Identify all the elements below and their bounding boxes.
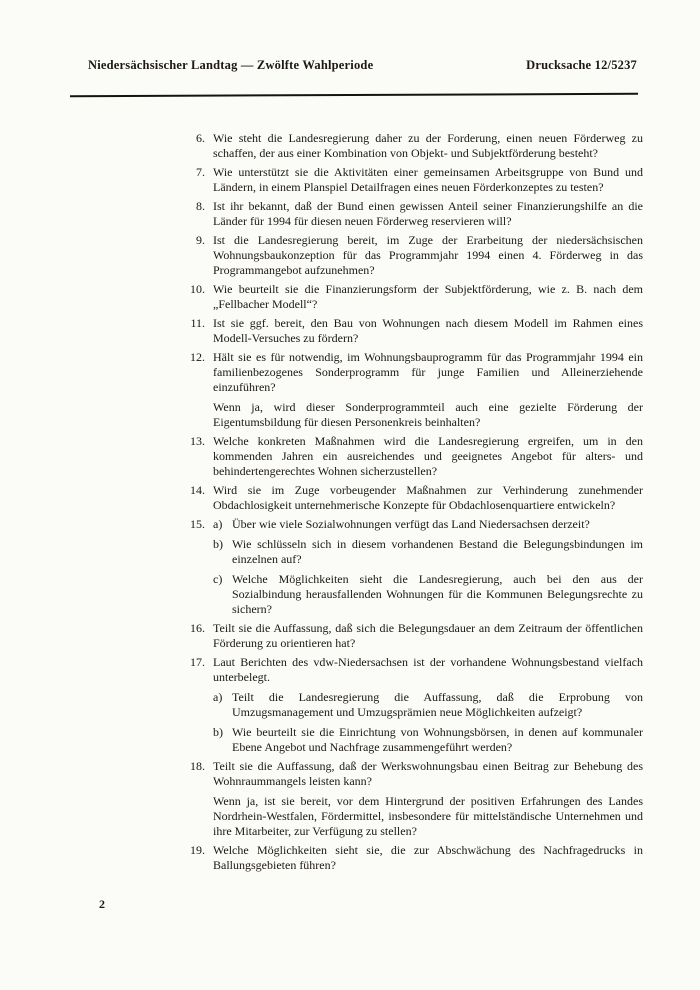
question-subitem: b)Wie beurteilt sie die Einrichtung von … <box>213 725 643 755</box>
question-subitem: a)Teilt die Landesregierung die Auffassu… <box>213 690 643 720</box>
question-subitem: b)Wie schlüsseln sich in diesem vorhande… <box>213 537 643 567</box>
question-paragraph: Welche konkreten Maßnahmen wird die Land… <box>213 434 643 479</box>
question-number: 8. <box>187 199 205 229</box>
question-item: 8.Ist ihr bekannt, daß der Bund einen ge… <box>187 199 643 229</box>
question-body: Ist ihr bekannt, daß der Bund einen gewi… <box>213 199 643 229</box>
question-paragraph: Teilt sie die Auffassung, daß der Werksw… <box>213 759 643 789</box>
question-paragraph: Ist sie ggf. bereit, den Bau von Wohnung… <box>213 316 643 346</box>
header-document-number: Drucksache 12/5237 <box>526 58 637 73</box>
question-body: Wie beurteilt sie die Finanzierungsform … <box>213 282 643 312</box>
question-paragraph: Wenn ja, ist sie bereit, vor dem Hinterg… <box>213 794 643 839</box>
question-body: Wie unterstützt sie die Aktivitäten eine… <box>213 165 643 195</box>
subitem-label: a) <box>213 517 232 532</box>
header-title: Niedersächsischer Landtag — Zwölfte Wahl… <box>88 58 373 73</box>
header-divider <box>70 93 638 97</box>
subitem-label: c) <box>213 572 232 617</box>
question-item: 17.Laut Berichten des vdw-Niedersachsen … <box>187 655 643 755</box>
question-item: 13.Welche konkreten Maßnahmen wird die L… <box>187 434 643 479</box>
question-item: 14.Wird sie im Zuge vorbeugender Maßnahm… <box>187 483 643 513</box>
question-paragraph: Laut Berichten des vdw-Niedersachsen ist… <box>213 655 643 685</box>
question-number: 9. <box>187 233 205 278</box>
subitem-text: Wie schlüsseln sich in diesem vorhandene… <box>232 537 643 567</box>
question-number: 14. <box>187 483 205 513</box>
question-number: 6. <box>187 131 205 161</box>
question-body: Hält sie es für notwendig, im Wohnungsba… <box>213 350 643 430</box>
question-paragraph: Wird sie im Zuge vorbeugender Maßnahmen … <box>213 483 643 513</box>
subitem-text: Welche Möglichkeiten sieht die Landesreg… <box>232 572 643 617</box>
question-paragraph: Wie beurteilt sie die Finanzierungsform … <box>213 282 643 312</box>
question-item: 11.Ist sie ggf. bereit, den Bau von Wohn… <box>187 316 643 346</box>
question-subitem: a)Über wie viele Sozialwohnungen verfügt… <box>213 517 643 532</box>
question-item: 16.Teilt sie die Auffassung, daß sich di… <box>187 621 643 651</box>
document-page: Niedersächsischer Landtag — Zwölfte Wahl… <box>0 0 700 990</box>
question-body: Ist die Landesregierung bereit, im Zuge … <box>213 233 643 278</box>
question-paragraph: Welche Möglichkeiten sieht sie, die zur … <box>213 843 643 873</box>
subitem-text: Teilt die Landesregierung die Auffassung… <box>232 690 643 720</box>
question-item: 7.Wie unterstützt sie die Aktivitäten ei… <box>187 165 643 195</box>
question-paragraph: Teilt sie die Auffassung, daß sich die B… <box>213 621 643 651</box>
question-number: 19. <box>187 843 205 873</box>
question-paragraph: Ist die Landesregierung bereit, im Zuge … <box>213 233 643 278</box>
question-body: Teilt sie die Auffassung, daß der Werksw… <box>213 759 643 839</box>
subitem-text: Über wie viele Sozialwohnungen verfügt d… <box>232 517 643 532</box>
question-item: 18.Teilt sie die Auffassung, daß der Wer… <box>187 759 643 839</box>
page-header: Niedersächsischer Landtag — Zwölfte Wahl… <box>88 58 637 73</box>
subitem-label: b) <box>213 537 232 567</box>
question-number: 12. <box>187 350 205 430</box>
question-item: 12.Hält sie es für notwendig, im Wohnung… <box>187 350 643 430</box>
question-number: 15. <box>187 517 205 617</box>
question-body: Wie steht die Landesregierung daher zu d… <box>213 131 643 161</box>
question-body: Wird sie im Zuge vorbeugender Maßnahmen … <box>213 483 643 513</box>
question-list: 6.Wie steht die Landesregierung daher zu… <box>187 131 643 877</box>
question-number: 17. <box>187 655 205 755</box>
question-number: 18. <box>187 759 205 839</box>
question-body: Welche Möglichkeiten sieht sie, die zur … <box>213 843 643 873</box>
question-paragraph: Hält sie es für notwendig, im Wohnungsba… <box>213 350 643 395</box>
question-body: a)Über wie viele Sozialwohnungen verfügt… <box>213 517 643 617</box>
question-body: Welche konkreten Maßnahmen wird die Land… <box>213 434 643 479</box>
question-body: Teilt sie die Auffassung, daß sich die B… <box>213 621 643 651</box>
question-item: 19.Welche Möglichkeiten sieht sie, die z… <box>187 843 643 873</box>
question-number: 7. <box>187 165 205 195</box>
page-number: 2 <box>99 897 105 912</box>
question-paragraph: Wie steht die Landesregierung daher zu d… <box>213 131 643 161</box>
question-body: Ist sie ggf. bereit, den Bau von Wohnung… <box>213 316 643 346</box>
subitem-label: a) <box>213 690 232 720</box>
question-number: 11. <box>187 316 205 346</box>
question-number: 16. <box>187 621 205 651</box>
question-number: 10. <box>187 282 205 312</box>
question-paragraph: Ist ihr bekannt, daß der Bund einen gewi… <box>213 199 643 229</box>
subitem-label: b) <box>213 725 232 755</box>
question-item: 15.a)Über wie viele Sozialwohnungen verf… <box>187 517 643 617</box>
question-number: 13. <box>187 434 205 479</box>
question-paragraph: Wie unterstützt sie die Aktivitäten eine… <box>213 165 643 195</box>
question-body: Laut Berichten des vdw-Niedersachsen ist… <box>213 655 643 755</box>
question-item: 10.Wie beurteilt sie die Finanzierungsfo… <box>187 282 643 312</box>
subitem-text: Wie beurteilt sie die Einrichtung von Wo… <box>232 725 643 755</box>
question-item: 6.Wie steht die Landesregierung daher zu… <box>187 131 643 161</box>
question-item: 9.Ist die Landesregierung bereit, im Zug… <box>187 233 643 278</box>
question-subitem: c)Welche Möglichkeiten sieht die Landesr… <box>213 572 643 617</box>
question-paragraph: Wenn ja, wird dieser Sonderprogrammteil … <box>213 400 643 430</box>
